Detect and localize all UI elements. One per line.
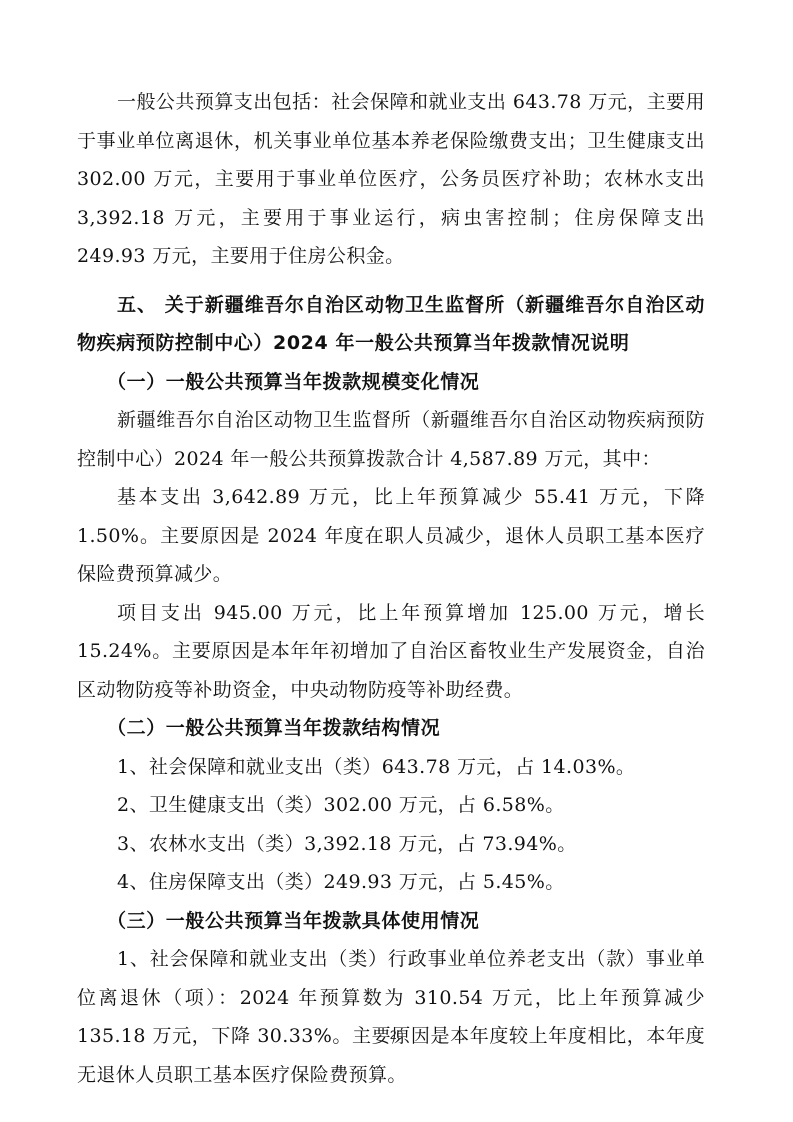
structure-item-housing: 4、住房保障支出（类）249.93 万元，占 5.45%。 — [77, 863, 705, 902]
structure-item-agriculture: 3、农林水支出（类）3,392.18 万元，占 73.94%。 — [77, 825, 705, 864]
section-five-heading: 五、 关于新疆维吾尔自治区动物卫生监督所（新疆维吾尔自治区动物疾病预防控制中心）… — [77, 286, 705, 363]
subsection-3-paragraph-retirement: 1、社会保障和就业支出（类）行政事业单位养老支出（款）事业单位离退休（项）：20… — [77, 940, 705, 1094]
subsection-1-paragraph-basic: 基本支出 3,642.89 万元，比上年预算减少 55.41 万元，下降 1.5… — [77, 478, 705, 594]
spacer — [77, 276, 705, 286]
subsection-3-heading: （三）一般公共预算当年拨款具体使用情况 — [77, 902, 705, 941]
subsection-1-paragraph-total: 新疆维吾尔自治区动物卫生监督所（新疆维吾尔自治区动物疾病预防控制中心）2024 … — [77, 401, 705, 478]
subsection-1-paragraph-project: 项目支出 945.00 万元，比上年预算增加 125.00 万元，增长 15.2… — [77, 594, 705, 710]
intro-paragraph: 一般公共预算支出包括：社会保障和就业支出 643.78 万元，主要用于事业单位离… — [77, 83, 705, 276]
structure-item-health: 2、卫生健康支出（类）302.00 万元，占 6.58%。 — [77, 786, 705, 825]
subsection-1-heading: （一）一般公共预算当年拨款规模变化情况 — [77, 363, 705, 402]
subsection-2-heading: （二）一般公共预算当年拨款结构情况 — [77, 709, 705, 748]
document-page: 一般公共预算支出包括：社会保障和就业支出 643.78 万元，主要用于事业单位离… — [77, 83, 705, 1094]
structure-item-social-security: 1、社会保障和就业支出（类）643.78 万元，占 14.03%。 — [77, 748, 705, 787]
page-number: 20 — [0, 1028, 793, 1042]
